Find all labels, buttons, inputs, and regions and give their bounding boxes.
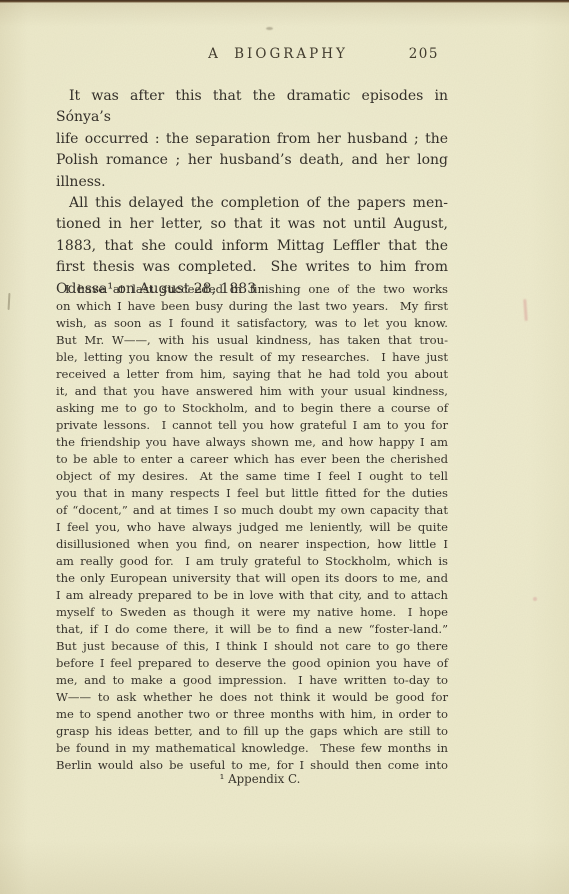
- text-line: of “docent,” and at times I so much doub…: [56, 502, 448, 519]
- text-line: the friendship you have always shown me,…: [56, 434, 448, 451]
- pink-dot-artifact: [533, 597, 537, 601]
- text-line: tioned in her letter, so that it was not…: [56, 214, 448, 235]
- paragraph-1: It was after this that the dramatic epis…: [56, 86, 448, 193]
- text-line: Polish romance ; her husband’s death, an…: [56, 150, 448, 171]
- footnote: ¹ Appendix C.: [64, 772, 456, 786]
- text-line: I have at last succeeded in finishing on…: [56, 281, 448, 298]
- pink-streak-artifact: [523, 299, 528, 321]
- scan-top-edge: [0, 0, 569, 3]
- text-line: you that in many respects I feel but lit…: [56, 485, 448, 502]
- text-line: me, and to make a good impression. I hav…: [56, 672, 448, 689]
- ink-speck-artifact: [266, 27, 273, 30]
- running-header-title: A BIOGRAPHY: [208, 46, 348, 62]
- text-line: illness.: [56, 172, 448, 193]
- letter-quotation: I have at last succeeded in finishing on…: [56, 281, 448, 774]
- text-line: on which I have been busy during the las…: [56, 298, 448, 315]
- text-line: I am already prepared to be in love with…: [56, 587, 448, 604]
- text-line: the only European university that will o…: [56, 570, 448, 587]
- text-line: It was after this that the dramatic epis…: [56, 86, 448, 129]
- text-line: But Mr. W——, with his usual kindness, ha…: [56, 332, 448, 349]
- running-header: A BIOGRAPHY 205: [56, 46, 448, 64]
- text-line: asking me to go to Stockholm, and to beg…: [56, 400, 448, 417]
- text-line: I feel you, who have always judged me le…: [56, 519, 448, 536]
- text-line: myself to Sweden as though it were my na…: [56, 604, 448, 621]
- page-number: 205: [409, 46, 439, 62]
- text-line: me to spend another two or three months …: [56, 706, 448, 723]
- text-line: wish, as soon as I found it satisfactory…: [56, 315, 448, 332]
- book-page-scan: A BIOGRAPHY 205 It was after this that t…: [0, 0, 569, 894]
- text-line: first thesis was completed. She writes t…: [56, 257, 448, 278]
- text-line: 1883, that she could inform Mittag Leffl…: [56, 236, 448, 257]
- text-line: before I feel prepared to deserve the go…: [56, 655, 448, 672]
- text-line: All this delayed the completion of the p…: [56, 193, 448, 214]
- text-line: received a letter from him, saying that …: [56, 366, 448, 383]
- text-line: object of my desires. At the same time I…: [56, 468, 448, 485]
- text-line: But just because of this, I think I shou…: [56, 638, 448, 655]
- text-line: disillusioned when you find, on nearer i…: [56, 536, 448, 553]
- text-line: that, if I do come there, it will be to …: [56, 621, 448, 638]
- text-line: am really good for. I am truly grateful …: [56, 553, 448, 570]
- text-line: to be able to enter a career which has e…: [56, 451, 448, 468]
- text-line: W—— to ask whether he does not think it …: [56, 689, 448, 706]
- body-text: It was after this that the dramatic epis…: [56, 86, 448, 300]
- text-line: grasp his ideas better, and to fill up t…: [56, 723, 448, 740]
- text-line: be found in my mathematical knowledge. T…: [56, 740, 448, 757]
- pencil-mark-artifact: [8, 293, 11, 310]
- text-line: ble, letting you know the result of my r…: [56, 349, 448, 366]
- text-line: life occurred : the separation from her …: [56, 129, 448, 150]
- text-line: it, and that you have answered him with …: [56, 383, 448, 400]
- text-line: private lessons. I cannot tell you how g…: [56, 417, 448, 434]
